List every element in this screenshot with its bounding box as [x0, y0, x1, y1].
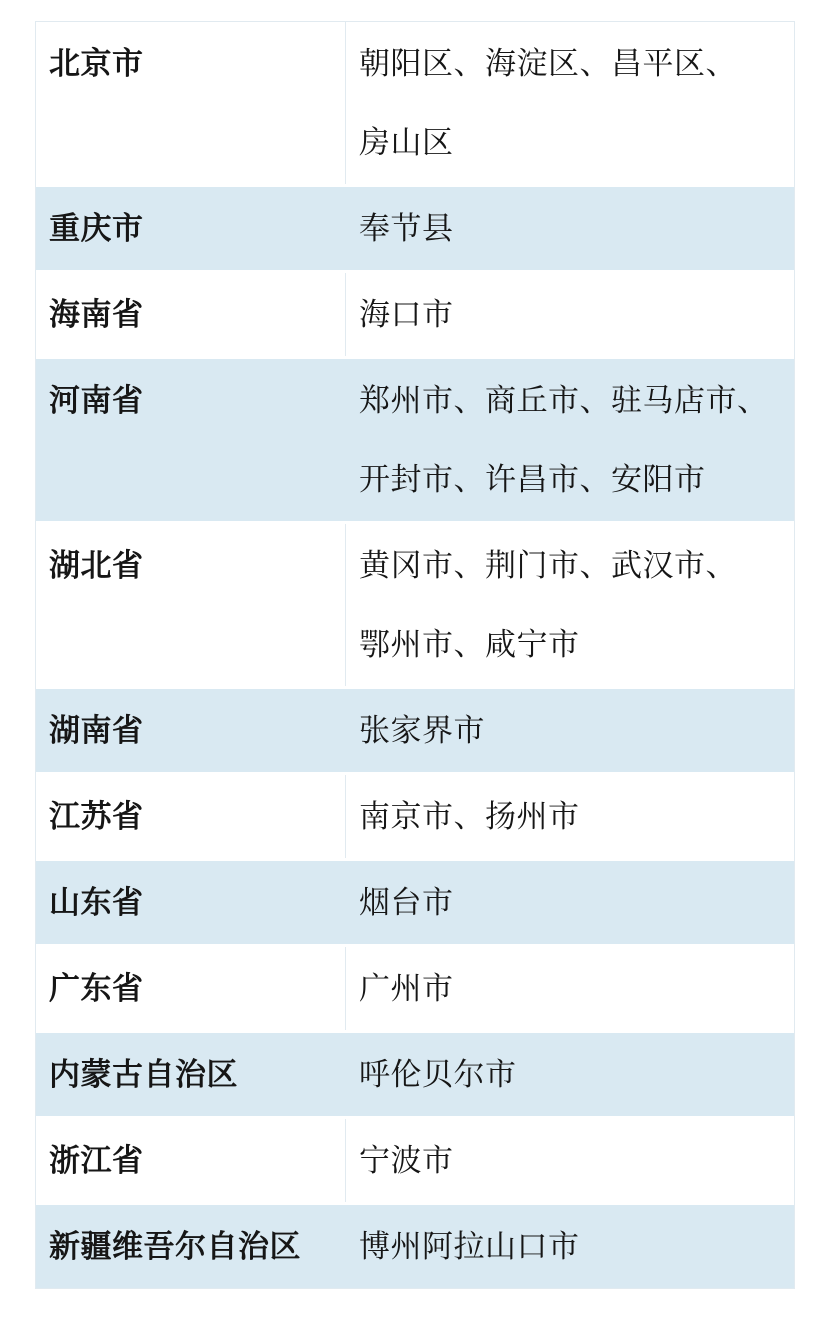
- cities-line: 烟台市: [359, 863, 784, 942]
- table-row: 江苏省 南京市、扬州市: [36, 775, 794, 858]
- province-cell: 山东省: [36, 861, 346, 944]
- cities-cell: 南京市、扬州市: [346, 775, 794, 858]
- province-cell: 江苏省: [36, 775, 346, 858]
- table-row: 新疆维吾尔自治区 博州阿拉山口市: [36, 1202, 794, 1288]
- cities-cell: 广州市: [346, 947, 794, 1030]
- province-cell: 北京市: [36, 22, 346, 184]
- cities-cell: 张家界市: [346, 689, 794, 772]
- cities-cell: 海口市: [346, 273, 794, 356]
- cities-cell: 博州阿拉山口市: [346, 1205, 794, 1288]
- cities-line: 博州阿拉山口市: [359, 1207, 784, 1286]
- table-row: 浙江省 宁波市: [36, 1119, 794, 1202]
- table-row: 重庆市 奉节县: [36, 184, 794, 273]
- cities-line: 开封市、许昌市、安阳市: [359, 440, 784, 519]
- province-cell: 广东省: [36, 947, 346, 1030]
- cities-line: 房山区: [359, 103, 784, 182]
- table-row: 广东省 广州市: [36, 947, 794, 1030]
- cities-cell: 郑州市、商丘市、驻马店市、开封市、许昌市、安阳市: [346, 359, 794, 521]
- table-row: 山东省 烟台市: [36, 858, 794, 947]
- cities-line: 呼伦贝尔市: [359, 1035, 784, 1114]
- cities-line: 鄂州市、咸宁市: [359, 605, 784, 684]
- province-cell: 新疆维吾尔自治区: [36, 1205, 346, 1288]
- table-row: 海南省 海口市: [36, 273, 794, 356]
- cities-line: 广州市: [359, 949, 784, 1028]
- cities-line: 张家界市: [359, 691, 784, 770]
- cities-line: 郑州市、商丘市、驻马店市、: [359, 361, 784, 440]
- table-row: 河南省 郑州市、商丘市、驻马店市、开封市、许昌市、安阳市: [36, 356, 794, 524]
- cities-line: 海口市: [359, 275, 784, 354]
- cities-line: 黄冈市、荆门市、武汉市、: [359, 526, 784, 605]
- table-row: 湖南省 张家界市: [36, 686, 794, 775]
- cities-line: 南京市、扬州市: [359, 777, 784, 856]
- province-cell: 浙江省: [36, 1119, 346, 1202]
- province-cell: 重庆市: [36, 187, 346, 270]
- table-row: 湖北省 黄冈市、荆门市、武汉市、鄂州市、咸宁市: [36, 524, 794, 686]
- cities-cell: 朝阳区、海淀区、昌平区、房山区: [346, 22, 794, 184]
- cities-cell: 黄冈市、荆门市、武汉市、鄂州市、咸宁市: [346, 524, 794, 686]
- province-cell: 河南省: [36, 359, 346, 521]
- table-row: 北京市 朝阳区、海淀区、昌平区、房山区: [36, 22, 794, 184]
- cities-line: 宁波市: [359, 1121, 784, 1200]
- cities-cell: 奉节县: [346, 187, 794, 270]
- cities-cell: 烟台市: [346, 861, 794, 944]
- cities-cell: 呼伦贝尔市: [346, 1033, 794, 1116]
- province-cell: 湖南省: [36, 689, 346, 772]
- table-row: 内蒙古自治区 呼伦贝尔市: [36, 1030, 794, 1119]
- province-city-table: 北京市 朝阳区、海淀区、昌平区、房山区 重庆市 奉节县 海南省 海口市 河南省 …: [35, 21, 795, 1289]
- cities-line: 奉节县: [359, 189, 784, 268]
- cities-line: 朝阳区、海淀区、昌平区、: [359, 24, 784, 103]
- province-cell: 湖北省: [36, 524, 346, 686]
- province-cell: 内蒙古自治区: [36, 1033, 346, 1116]
- province-cell: 海南省: [36, 273, 346, 356]
- cities-cell: 宁波市: [346, 1119, 794, 1202]
